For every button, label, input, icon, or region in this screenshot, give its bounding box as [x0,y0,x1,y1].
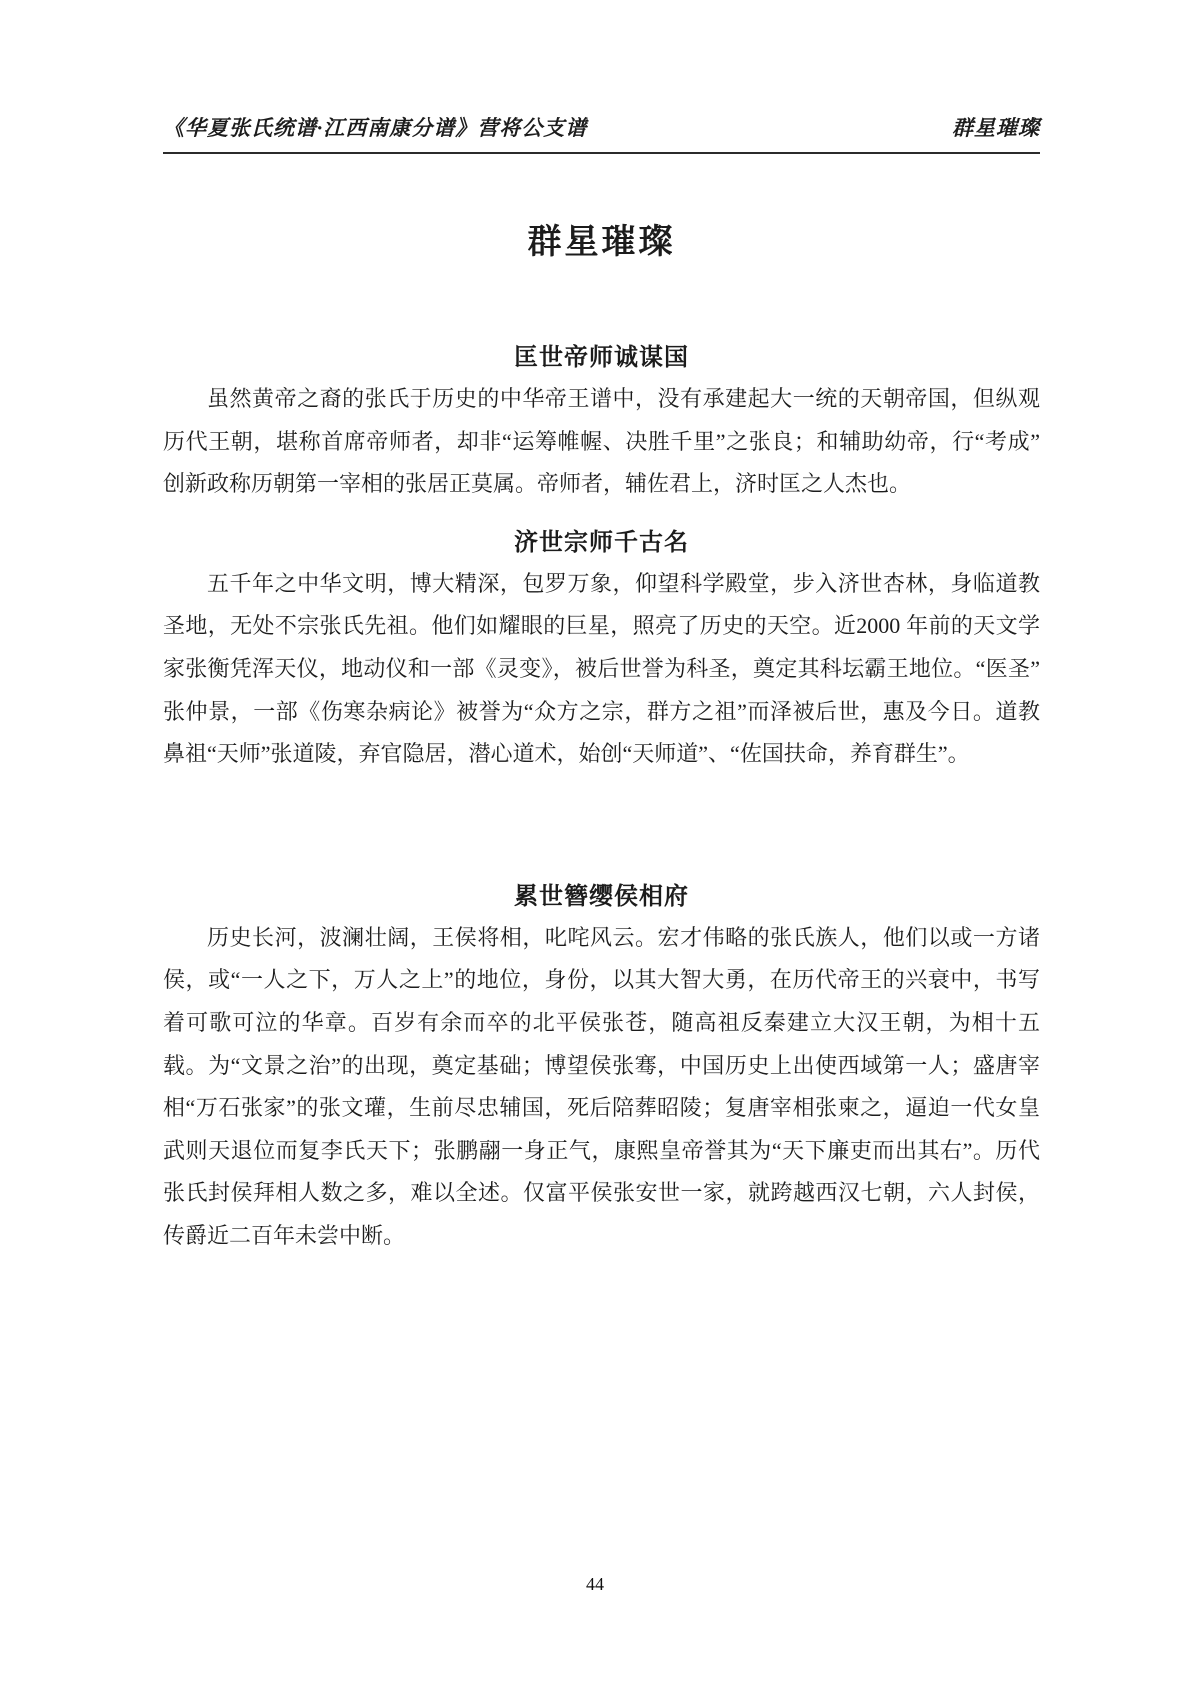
document-title: 群星璀璨 [163,214,1040,263]
section-paragraph-2: 五千年之中华文明，博大精深，包罗万象，仰望科学殿堂，步入济世杏林，身临道教圣地，… [163,563,1040,776]
page-number: 44 [0,1574,1190,1595]
header-right-title: 群星璀璨 [952,112,1040,142]
page-header: 《华夏张氏统谱·江西南康分谱》营将公支谱 群星璀璨 [163,112,1040,154]
page-content: 《华夏张氏统谱·江西南康分谱》营将公支谱 群星璀璨 群星璀璨 匡世帝师诚谋国 虽… [0,0,1190,1258]
header-left-title: 《华夏张氏统谱·江西南康分谱》营将公支谱 [163,112,587,142]
section-paragraph-3: 历史长河，波澜壮阔，王侯将相，叱咤风云。宏才伟略的张氏族人，他们以或一方诸侯，或… [163,917,1040,1258]
section-heading-2: 济世宗师千古名 [163,522,1040,557]
section-heading-1: 匡世帝师诚谋国 [163,337,1040,372]
document-page: 《华夏张氏统谱·江西南康分谱》营将公支谱 群星璀璨 群星璀璨 匡世帝师诚谋国 虽… [0,0,1190,1683]
section-heading-3: 累世簪缨侯相府 [163,876,1040,911]
section-paragraph-1: 虽然黄帝之裔的张氏于历史的中华帝王谱中，没有承建起大一统的天朝帝国，但纵观历代王… [163,378,1040,506]
